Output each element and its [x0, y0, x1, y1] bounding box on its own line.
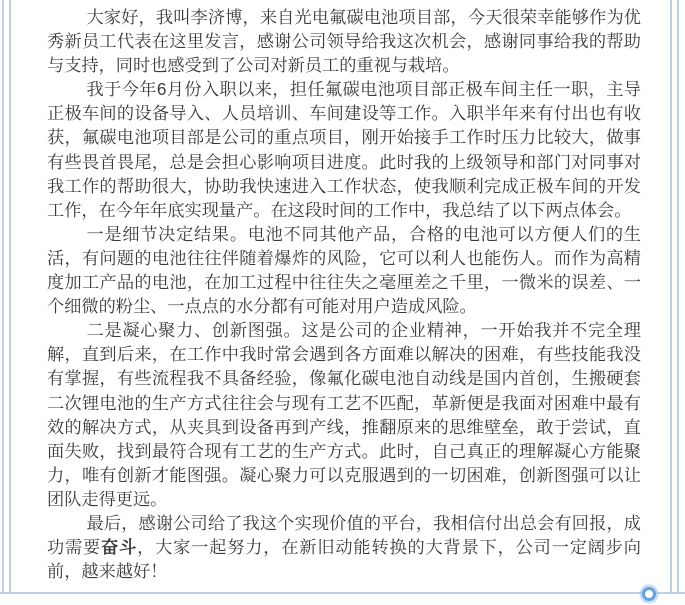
paragraph-greeting[interactable]: 大家好，我叫李济博，来自光电氟碳电池项目部，今天很荣幸能够作为优秀新员工代表在这… [47, 5, 641, 77]
page-border-right-outer [677, 0, 679, 592]
bottom-border-line[interactable] [0, 592, 685, 594]
paragraph-lesson-two[interactable]: 二是凝心聚力、创新图强。这是公司的企业精神，一开始我并不完全理解，直到后来，在工… [47, 318, 641, 511]
closing-text-bold: 奋斗 [101, 537, 137, 557]
page-border-right-inner [670, 0, 672, 592]
paragraph-closing[interactable]: 最后，感谢公司给了我这个实现价值的平台，我相信付出总会有回报，成功需要奋斗，大家… [47, 511, 641, 583]
document-page: 大家好，我叫李济博，来自光电氟碳电池项目部，今天很荣幸能够作为优秀新员工代表在这… [0, 0, 685, 605]
document-text-body[interactable]: 大家好，我叫李济博，来自光电氟碳电池项目部，今天很荣幸能够作为优秀新员工代表在这… [47, 5, 641, 583]
circle-resize-handle-icon[interactable] [642, 587, 656, 601]
page-border-left-outer [2, 0, 4, 592]
paragraph-work-summary[interactable]: 我于今年6月份入职以来，担任氟碳电池项目部正极车间主任一职，主导正极车间的设备导… [47, 77, 641, 222]
paragraph-lesson-one[interactable]: 一是细节决定结果。电池不同其他产品，合格的电池可以方便人们的生活，有问题的电池往… [47, 222, 641, 318]
closing-text-post: ，大家一起努力，在新旧动能转换的大背景下，公司一定阔步向前，越来越好！ [47, 537, 641, 581]
page-border-left-inner [9, 0, 11, 592]
